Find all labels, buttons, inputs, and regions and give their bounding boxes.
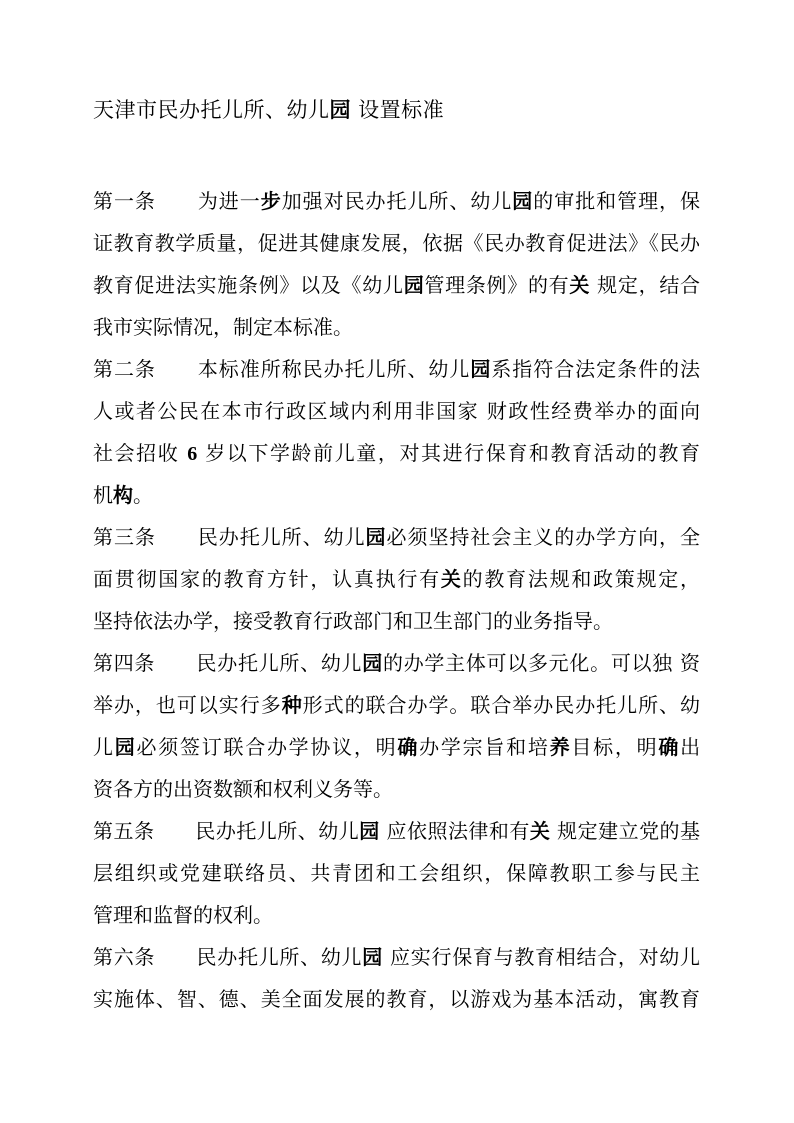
text-line: 儿园必须签订联合办学协议，明确办学宗旨和培养目标，明确出 bbox=[93, 726, 700, 768]
emphasized-text: 关 bbox=[569, 273, 590, 297]
emphasized-text: 构 bbox=[113, 483, 133, 507]
text-run: 天津市民办托儿所、幼儿 bbox=[93, 98, 330, 122]
emphasized-text: 园 bbox=[362, 945, 383, 969]
text-run: 第四条 民办托儿所、幼儿 bbox=[93, 651, 362, 675]
document-body: 第一条 为进一步加强对民办托儿所、幼儿园的审批和管理，保证教育教学质量，促进其健… bbox=[93, 180, 700, 1020]
text-run: 资各方的出资数额和权利义务等。 bbox=[93, 777, 393, 801]
text-run: 办学宗旨和培 bbox=[419, 735, 549, 759]
text-run: 儿 bbox=[93, 735, 115, 759]
text-run: 第三条 民办托儿所、幼儿 bbox=[93, 525, 366, 549]
text-run: 岁以下学龄前儿童，对其进行保育和教育活动的教育 bbox=[197, 441, 700, 465]
paragraph-article-3: 第三条 民办托儿所、幼儿园必须坚持社会主义的办学方向，全面贯彻国家的教育方针，认… bbox=[93, 516, 700, 642]
text-run: 目标，明 bbox=[571, 735, 658, 759]
paragraph-article-4: 第四条 民办托儿所、幼儿园的办学主体可以多元化。可以独 资举办，也可以实行多种形… bbox=[93, 642, 700, 810]
text-run: 人或者公民在本市行政区域内利用非国家 财政性经费举办的面向 bbox=[93, 399, 700, 423]
text-run: 的教育法规和政策规定， bbox=[463, 567, 700, 591]
text-run: 加强对民办托儿所、幼儿 bbox=[282, 189, 513, 213]
emphasized-text: 种 bbox=[282, 693, 303, 717]
emphasized-text: 确 bbox=[397, 735, 419, 759]
text-run: 形式的联合办学。联合举办民办托儿所、幼 bbox=[303, 693, 700, 717]
text-run: 第六条 民办托儿所、幼儿 bbox=[93, 945, 362, 969]
text-line: 面贯彻国家的教育方针，认真执行有关的教育法规和政策规定， bbox=[93, 558, 700, 600]
text-run: 应实行保育与教育相结合，对幼儿 bbox=[383, 945, 700, 969]
paragraph-article-6: 第六条 民办托儿所、幼儿园 应实行保育与教育相结合，对幼儿实施体、智、德、美全面… bbox=[93, 936, 700, 1020]
text-run: 。 bbox=[133, 483, 153, 507]
text-run: 坚持依法办学，接受教育行政部门和卫生部门的业务指导。 bbox=[93, 609, 613, 633]
text-run: 证教育教学质量，促进其健康发展，依据《民办教育促进法》《民办 bbox=[93, 231, 700, 255]
text-line: 我市实际情况，制定本标准。 bbox=[93, 306, 700, 348]
text-run: 的审批和管理，保 bbox=[533, 189, 700, 213]
text-run: 出 bbox=[680, 735, 700, 759]
emphasized-text: 养 bbox=[550, 735, 572, 759]
text-line: 教育促进法实施条例》以及《幼儿园管理条例》的有关 规定，结合 bbox=[93, 264, 700, 306]
emphasized-text: 关 bbox=[530, 819, 550, 843]
emphasized-text: 6 bbox=[187, 443, 197, 465]
text-run: 第五条 民办托儿所、幼儿 bbox=[93, 819, 359, 843]
text-line: 第一条 为进一步加强对民办托儿所、幼儿园的审批和管理，保 bbox=[93, 180, 700, 222]
emphasized-text: 园 bbox=[512, 189, 533, 213]
emphasized-text: 园 bbox=[359, 819, 379, 843]
text-run: 必须坚持社会主义的办学方向，全 bbox=[387, 525, 701, 549]
emphasized-text: 园 bbox=[115, 735, 137, 759]
text-line: 资各方的出资数额和权利义务等。 bbox=[93, 768, 700, 810]
text-line: 社会招收 6 岁以下学龄前儿童，对其进行保育和教育活动的教育 bbox=[93, 432, 700, 474]
emphasized-text: 确 bbox=[658, 735, 680, 759]
text-run: 第二条 本标准所称民办托儿所、幼儿 bbox=[93, 357, 470, 381]
text-line: 第二条 本标准所称民办托儿所、幼儿园系指符合法定条件的法 bbox=[93, 348, 700, 390]
text-line: 管理和监督的权利。 bbox=[93, 894, 700, 936]
text-line: 证教育教学质量，促进其健康发展，依据《民办教育促进法》《民办 bbox=[93, 222, 700, 264]
text-run: 我市实际情况，制定本标准。 bbox=[93, 315, 353, 339]
emphasized-text: 关 bbox=[441, 567, 463, 591]
text-line: 机构。 bbox=[93, 474, 700, 516]
text-run: 社会招收 bbox=[93, 441, 187, 465]
text-line: 实施体、智、德、美全面发展的教育，以游戏为基本活动，寓教育 bbox=[93, 978, 700, 1020]
paragraph-article-5: 第五条 民办托儿所、幼儿园 应依照法律和有关 规定建立党的基层组织或党建联络员、… bbox=[93, 810, 700, 936]
document-page: 天津市民办托儿所、幼儿园 设置标准 第一条 为进一步加强对民办托儿所、幼儿园的审… bbox=[0, 0, 794, 1123]
text-run: 规定建立党的基 bbox=[550, 819, 700, 843]
emphasized-text: 园 bbox=[362, 651, 383, 675]
text-line: 第三条 民办托儿所、幼儿园必须坚持社会主义的办学方向，全 bbox=[93, 516, 700, 558]
emphasized-text: 园 bbox=[404, 273, 425, 297]
emphasized-text: 步 bbox=[261, 189, 282, 213]
text-line: 第六条 民办托儿所、幼儿园 应实行保育与教育相结合，对幼儿 bbox=[93, 936, 700, 978]
text-line: 层组织或党建联络员、共青团和工会组织，保障教职工参与民主 bbox=[93, 852, 700, 894]
text-run: 设置标准 bbox=[351, 98, 444, 122]
text-run: 教育促进法实施条例》以及《幼儿 bbox=[93, 273, 404, 297]
text-run: 机 bbox=[93, 483, 113, 507]
paragraph-article-1: 第一条 为进一步加强对民办托儿所、幼儿园的审批和管理，保证教育教学质量，促进其健… bbox=[93, 180, 700, 348]
paragraph-article-2: 第二条 本标准所称民办托儿所、幼儿园系指符合法定条件的法人或者公民在本市行政区域… bbox=[93, 348, 700, 516]
text-line: 第五条 民办托儿所、幼儿园 应依照法律和有关 规定建立党的基 bbox=[93, 810, 700, 852]
text-run: 的办学主体可以多元化。可以独 资 bbox=[383, 651, 700, 675]
text-run: 规定，结合 bbox=[590, 273, 700, 297]
document-title: 天津市民办托儿所、幼儿园 设置标准 bbox=[93, 96, 733, 124]
text-run: 层组织或党建联络员、共青团和工会组织，保障教职工参与民主 bbox=[93, 861, 700, 885]
text-run: 第一条 为进一 bbox=[93, 189, 261, 213]
emphasized-text: 园 bbox=[366, 525, 387, 549]
text-run: 系指符合法定条件的法 bbox=[491, 357, 700, 381]
emphasized-text: 园 bbox=[470, 357, 491, 381]
text-run: 管理条例》的有 bbox=[424, 273, 569, 297]
text-run: 面贯彻国家的教育方针，认真执行有 bbox=[93, 567, 441, 591]
text-line: 坚持依法办学，接受教育行政部门和卫生部门的业务指导。 bbox=[93, 600, 700, 642]
text-line: 第四条 民办托儿所、幼儿园的办学主体可以多元化。可以独 资 bbox=[93, 642, 700, 684]
text-run: 管理和监督的权利。 bbox=[93, 903, 273, 927]
text-run: 举办，也可以实行多 bbox=[93, 693, 282, 717]
text-line: 举办，也可以实行多种形式的联合办学。联合举办民办托儿所、幼 bbox=[93, 684, 700, 726]
text-run: 实施体、智、德、美全面发展的教育，以游戏为基本活动，寓教育 bbox=[93, 987, 700, 1011]
text-line: 人或者公民在本市行政区域内利用非国家 财政性经费举办的面向 bbox=[93, 390, 700, 432]
text-run: 应依照法律和有 bbox=[380, 819, 530, 843]
text-run: 必须签订联合办学协议，明 bbox=[137, 735, 398, 759]
emphasized-text: 园 bbox=[330, 98, 352, 122]
